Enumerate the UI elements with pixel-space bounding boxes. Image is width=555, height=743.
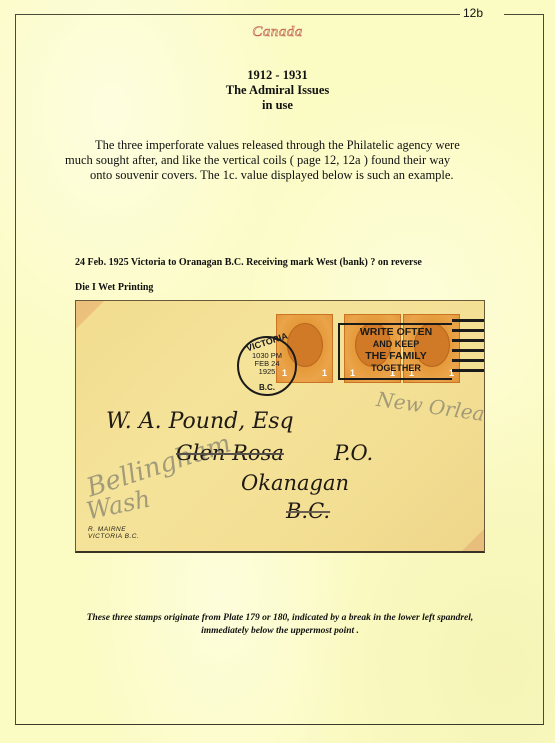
postmark-datetime: 1030 PM FEB 24 1925 xyxy=(239,352,295,376)
printing-caption: Die I Wet Printing xyxy=(75,282,153,293)
address-struck-province: B.C. xyxy=(286,499,330,523)
country-heading: Canada xyxy=(0,24,555,41)
slogan-line-2: AND KEEP xyxy=(340,338,452,350)
return-address: R. MAIRNE VICTORIA B.C. xyxy=(88,526,139,540)
slogan-line-1: WRITE OFTEN xyxy=(340,326,452,338)
footnote-line-2: immediately below the uppermost point . xyxy=(60,625,500,638)
intro-line-3: onto souvenir covers. The 1c. value disp… xyxy=(73,168,483,183)
title-series: The Admiral Issues xyxy=(0,83,555,98)
stain-top-left xyxy=(76,301,104,329)
cover-envelope: 1 1 1 1 1 1 VICTORIA 1030 PM FEB 24 1925… xyxy=(75,300,485,553)
pencil-note-new-orleans: New Orleans xyxy=(375,387,485,429)
address-po: P.O. xyxy=(334,441,373,465)
stain-bottom-right xyxy=(462,529,484,551)
postmark-province: B.C. xyxy=(239,383,295,392)
slogan-line-3: THE FAMILY xyxy=(340,350,452,362)
intro-line-2: much sought after, and like the vertical… xyxy=(65,153,483,168)
page-title: 1912 - 1931 The Admiral Issues in use xyxy=(0,68,555,113)
circular-datestamp: VICTORIA 1030 PM FEB 24 1925 B.C. xyxy=(237,336,297,396)
cover-caption: 24 Feb. 1925 Victoria to Oranagan B.C. R… xyxy=(75,257,422,268)
intro-line-1: The three imperforate values released th… xyxy=(73,138,483,153)
postmark-year: 1925 xyxy=(239,368,295,376)
intro-paragraph: The three imperforate values released th… xyxy=(73,138,483,183)
footnote-line-1: These three stamps originate from Plate … xyxy=(60,612,500,625)
address-struck-place: Glen Rosa xyxy=(176,441,284,465)
stamp-value: 1 xyxy=(322,368,327,378)
title-years: 1912 - 1931 xyxy=(0,68,555,83)
return-address-line-2: VICTORIA B.C. xyxy=(88,533,139,540)
footnote: These three stamps originate from Plate … xyxy=(60,612,500,638)
return-address-line-1: R. MAIRNE xyxy=(88,526,139,533)
page-number: 12b xyxy=(463,6,483,20)
title-subtitle: in use xyxy=(0,98,555,113)
cancel-bars xyxy=(452,319,484,379)
slogan-line-4: TOGETHER xyxy=(340,362,452,374)
address-name: W. A. Pound, Esq xyxy=(106,409,294,434)
address-town: Okanagan xyxy=(241,471,349,495)
slogan-cancel: WRITE OFTEN AND KEEP THE FAMILY TOGETHER xyxy=(338,323,452,380)
